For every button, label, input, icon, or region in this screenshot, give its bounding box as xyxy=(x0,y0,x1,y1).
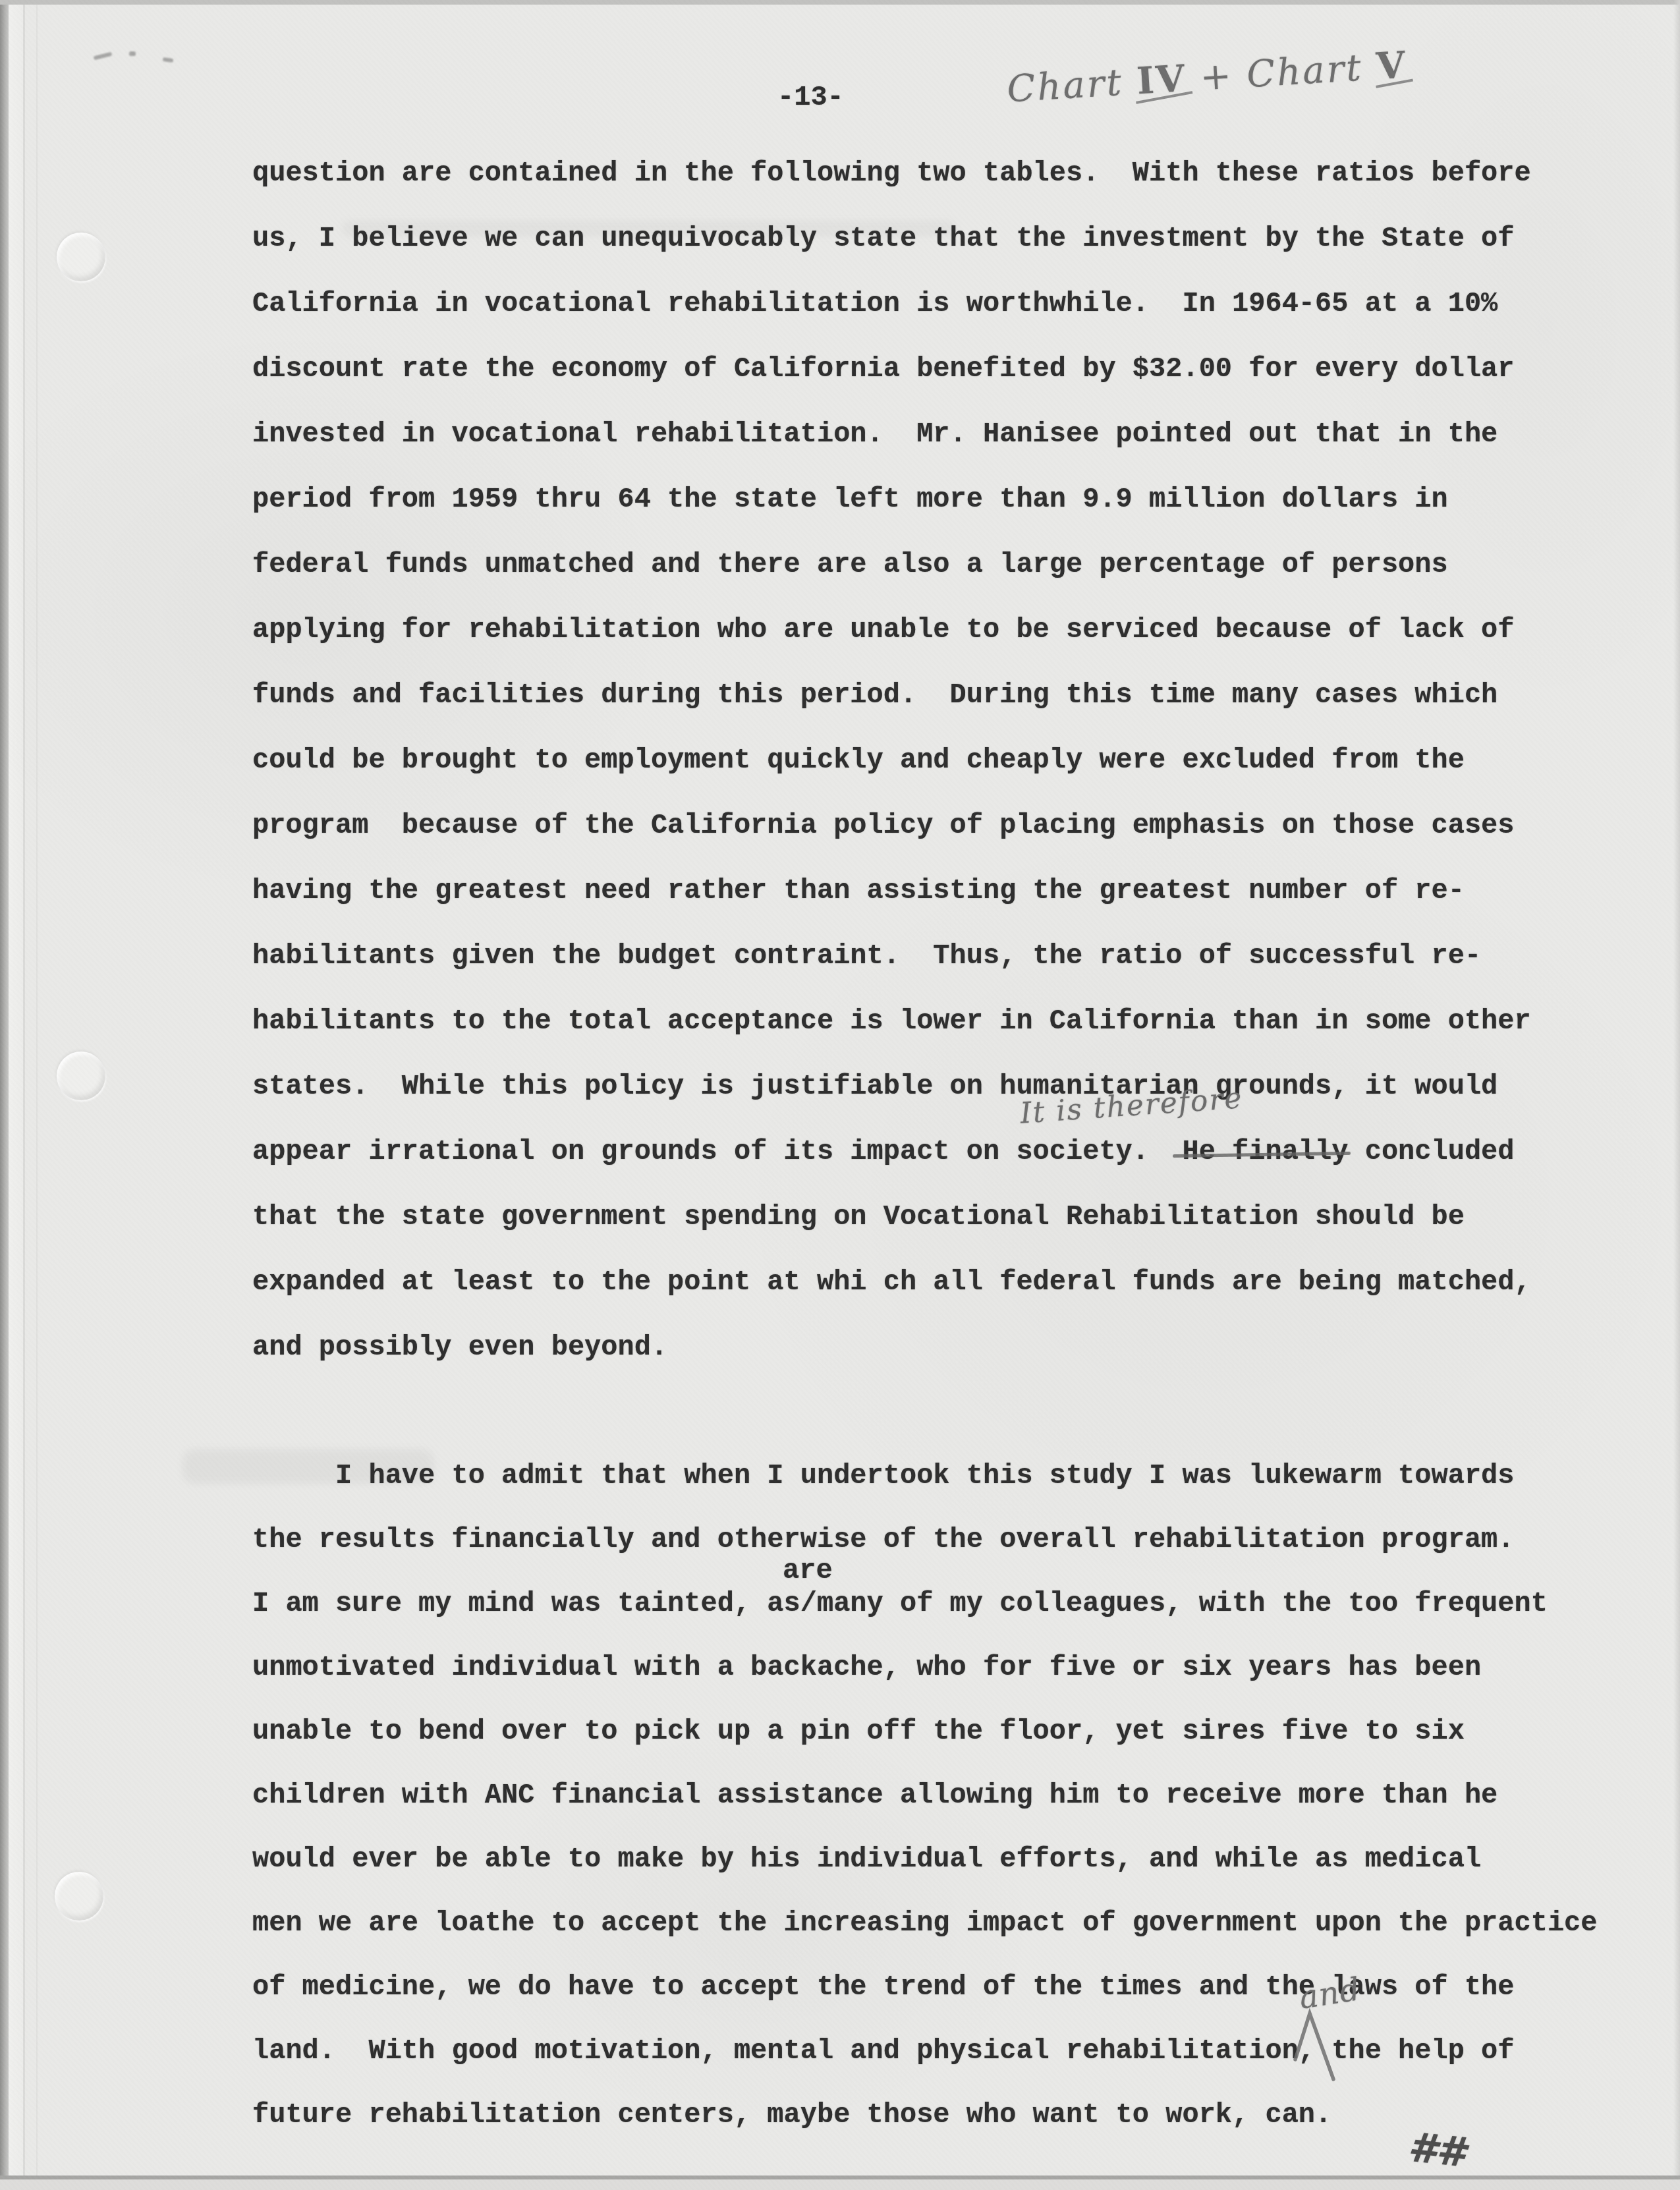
typed-line: men we are loathe to accept the increasi… xyxy=(252,1892,1598,1955)
typed-text: concluded xyxy=(1348,1136,1514,1167)
pencil-speck xyxy=(94,52,113,61)
typed-line: that the state government spending on Vo… xyxy=(252,1185,1531,1250)
typed-line: California in vocational rehabilitation … xyxy=(252,271,1531,337)
right-scan-edge xyxy=(1673,0,1680,2190)
chart-note-text: Chart xyxy=(1006,61,1138,111)
typed-line: invested in vocational rehabilitation. M… xyxy=(252,402,1531,467)
strikethrough-text: He finally xyxy=(1182,1136,1348,1167)
typed-text: appear irrational on grounds of its impa… xyxy=(252,1136,1182,1167)
typed-line: habilitants given the budget contraint. … xyxy=(252,924,1531,989)
typed-line: could be brought to employment quickly a… xyxy=(252,728,1531,793)
insertion-caret-mark xyxy=(1293,2008,1339,2087)
typed-line: question are contained in the following … xyxy=(252,141,1531,206)
typed-line: unmotivated individual with a backache, … xyxy=(252,1636,1598,1700)
typed-line: period from 1959 thru 64 the state left … xyxy=(252,467,1531,532)
typed-line: funds and facilities during this period.… xyxy=(252,663,1531,728)
typed-line: applying for rehabilitation who are unab… xyxy=(252,598,1531,663)
paper-crease xyxy=(36,0,38,2190)
chart-note-numeral: IV xyxy=(1136,57,1189,103)
typed-line: unable to bend over to pick up a pin off… xyxy=(252,1700,1598,1764)
paper-left-margin-band xyxy=(9,0,23,2190)
chart-note-numeral: V xyxy=(1375,43,1408,88)
left-scan-edge xyxy=(0,0,9,2190)
typed-line: the results financially and otherwise of… xyxy=(252,1508,1598,1572)
typed-line: would ever be able to make by his indivi… xyxy=(252,1828,1598,1892)
page-number: -13- xyxy=(777,78,844,117)
paragraph-2: I have to admit that when I undertook th… xyxy=(252,1444,1598,2147)
pencil-speck xyxy=(129,51,136,56)
typed-line: of medicine, we do have to accept the tr… xyxy=(252,1955,1598,2019)
typed-insertion-are: are xyxy=(783,1555,833,1586)
chart-note-text: + Chart xyxy=(1185,45,1378,100)
typed-line: land. With good motivation, mental and p… xyxy=(252,2019,1598,2083)
typed-line: discount rate the economy of California … xyxy=(252,337,1531,402)
typed-line: us, I believe we can unequivocably state… xyxy=(252,206,1531,271)
punch-hole xyxy=(57,1052,105,1100)
handwritten-chart-note: Chart IV + Chart V xyxy=(1005,42,1409,113)
typed-line: states. While this policy is justifiable… xyxy=(252,1054,1531,1119)
typed-line: future rehabilitation centers, maybe tho… xyxy=(252,2083,1598,2147)
typed-line-with-strike: appear irrational on grounds of its impa… xyxy=(252,1119,1531,1185)
typed-line: expanded at least to the point at whi ch… xyxy=(252,1250,1531,1315)
bottom-scan-edge xyxy=(0,2179,1680,2190)
pencil-speck xyxy=(163,57,174,63)
typed-line: and possibly even beyond. xyxy=(252,1315,1531,1380)
punch-hole xyxy=(57,233,105,281)
typed-line: habilitants to the total acceptance is l… xyxy=(252,989,1531,1054)
typed-line: I am sure my mind was tainted, as/many o… xyxy=(252,1572,1598,1636)
typed-line: program because of the California policy… xyxy=(252,793,1531,858)
top-scan-edge xyxy=(0,0,1680,5)
punch-hole xyxy=(55,1872,103,1921)
typed-line: I have to admit that when I undertook th… xyxy=(252,1444,1598,1508)
document-page: -13- Chart IV + Chart V question are con… xyxy=(0,0,1680,2190)
end-mark-hashes: ## xyxy=(1407,2124,1468,2176)
paper-crease xyxy=(23,0,25,2190)
typed-line: having the greatest need rather than ass… xyxy=(252,858,1531,924)
paragraph-1: question are contained in the following … xyxy=(252,141,1531,1380)
typed-line: children with ANC financial assistance a… xyxy=(252,1764,1598,1828)
typed-line: federal funds unmatched and there are al… xyxy=(252,532,1531,598)
